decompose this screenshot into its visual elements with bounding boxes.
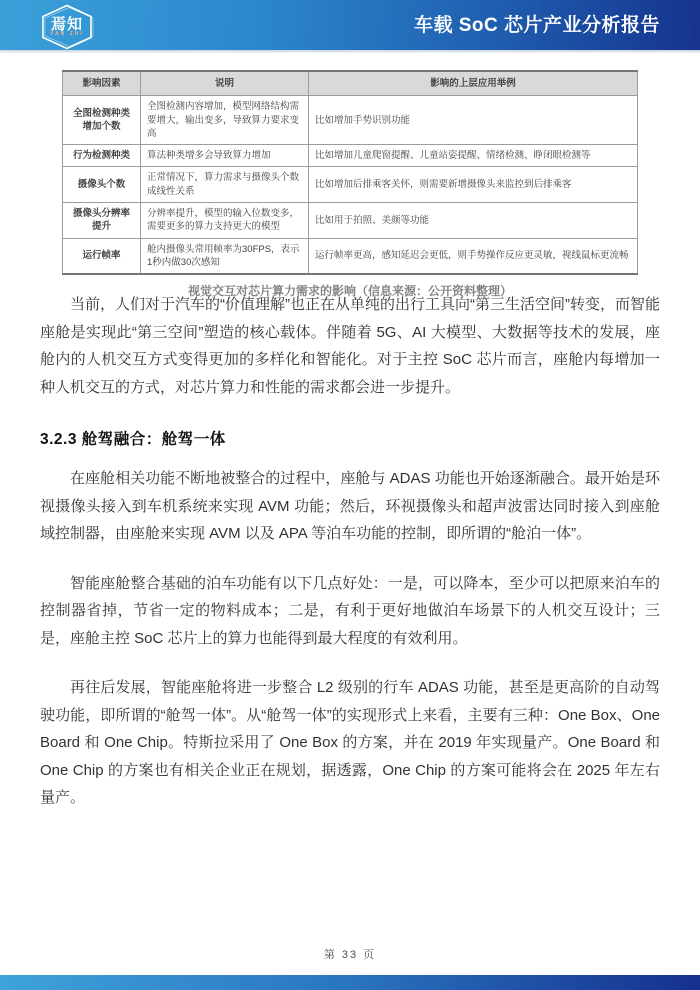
footer-bar	[0, 975, 700, 990]
cell-factor: 摄像头分辨率提升	[63, 203, 141, 239]
cell-example: 比如增加后排乘客关怀，则需要新增摄像头来监控到后排乘客	[309, 167, 638, 203]
cell-desc: 舱内摄像头常用帧率为30FPS，表示1秒内做30次感知	[141, 238, 309, 274]
report-title: 车载 SoC 芯片产业分析报告	[414, 0, 660, 50]
impact-table-section: 影响因素 说明 影响的上层应用举例 全图检测种类增加个数 全图检测内容增加，模型…	[62, 70, 638, 299]
cell-desc: 正常情况下，算力需求与摄像头个数成线性关系	[141, 167, 309, 203]
document-body: 当前，人们对于汽车的“价值理解”也正在从单纯的出行工具向“第三生活空间”转变，而…	[40, 277, 660, 812]
page-number: 第 33 页	[0, 946, 700, 962]
col-header-desc: 说明	[141, 71, 309, 96]
table-row: 行为检测种类 算法种类增多会导致算力增加 比如增加儿童爬窗提醒、儿童站姿提醒、情…	[63, 145, 638, 167]
table-header-row: 影响因素 说明 影响的上层应用举例	[63, 71, 638, 96]
paragraph-parking-benefits: 智能座舱整合基础的泊车功能有以下几点好处：一是，可以降本，至少可以把原来泊车的控…	[40, 570, 660, 653]
cell-example: 比如用于拍照、美颜等功能	[309, 203, 638, 239]
col-header-example: 影响的上层应用举例	[309, 71, 638, 96]
cell-desc: 全图检测内容增加，模型网络结构需要增大，输出变多，导致算力要求变高	[141, 96, 309, 145]
logo-text-en: YAN ZHI	[38, 31, 96, 37]
paragraph-value-space: 当前，人们对于汽车的“价值理解”也正在从单纯的出行工具向“第三生活空间”转变，而…	[40, 291, 660, 401]
cell-factor: 行为检测种类	[63, 145, 141, 167]
cell-factor: 运行帧率	[63, 238, 141, 274]
table-row: 运行帧率 舱内摄像头常用帧率为30FPS，表示1秒内做30次感知 运行帧率更高，…	[63, 238, 638, 274]
cell-desc: 算法种类增多会导致算力增加	[141, 145, 309, 167]
cell-example: 比如增加手势识别功能	[309, 96, 638, 145]
table-row: 摄像头个数 正常情况下，算力需求与摄像头个数成线性关系 比如增加后排乘客关怀，则…	[63, 167, 638, 203]
header-divider	[0, 50, 700, 53]
table-row: 摄像头分辨率提升 分辨率提升，模型的输入位数变多，需要更多的算力支持更大的模型 …	[63, 203, 638, 239]
page-header: 焉知 YAN ZHI 车载 SoC 芯片产业分析报告	[0, 0, 700, 50]
paragraph-one-box-board-chip: 再往后发展，智能座舱将进一步整合 L2 级别的行车 ADAS 功能，甚至是更高阶…	[40, 674, 660, 812]
cell-factor: 摄像头个数	[63, 167, 141, 203]
brand-logo: 焉知 YAN ZHI	[38, 4, 96, 50]
cell-example: 运行帧率更高，感知延迟会更低，则手势操作反应更灵敏，视线鼠标更流畅	[309, 238, 638, 274]
paragraph-cabin-adas-fusion: 在座舱相关功能不断地被整合的过程中，座舱与 ADAS 功能也开始逐渐融合。最开始…	[40, 465, 660, 548]
table-row: 全图检测种类增加个数 全图检测内容增加，模型网络结构需要增大，输出变多，导致算力…	[63, 96, 638, 145]
impact-table: 影响因素 说明 影响的上层应用举例 全图检测种类增加个数 全图检测内容增加，模型…	[62, 70, 638, 275]
section-heading-3-2-3: 3.2.3 舱驾融合：舱驾一体	[40, 427, 660, 449]
col-header-factor: 影响因素	[63, 71, 141, 96]
cell-factor: 全图检测种类增加个数	[63, 96, 141, 145]
cell-example: 比如增加儿童爬窗提醒、儿童站姿提醒、情绪检测、睁闭眼检测等	[309, 145, 638, 167]
cell-desc: 分辨率提升，模型的输入位数变多，需要更多的算力支持更大的模型	[141, 203, 309, 239]
